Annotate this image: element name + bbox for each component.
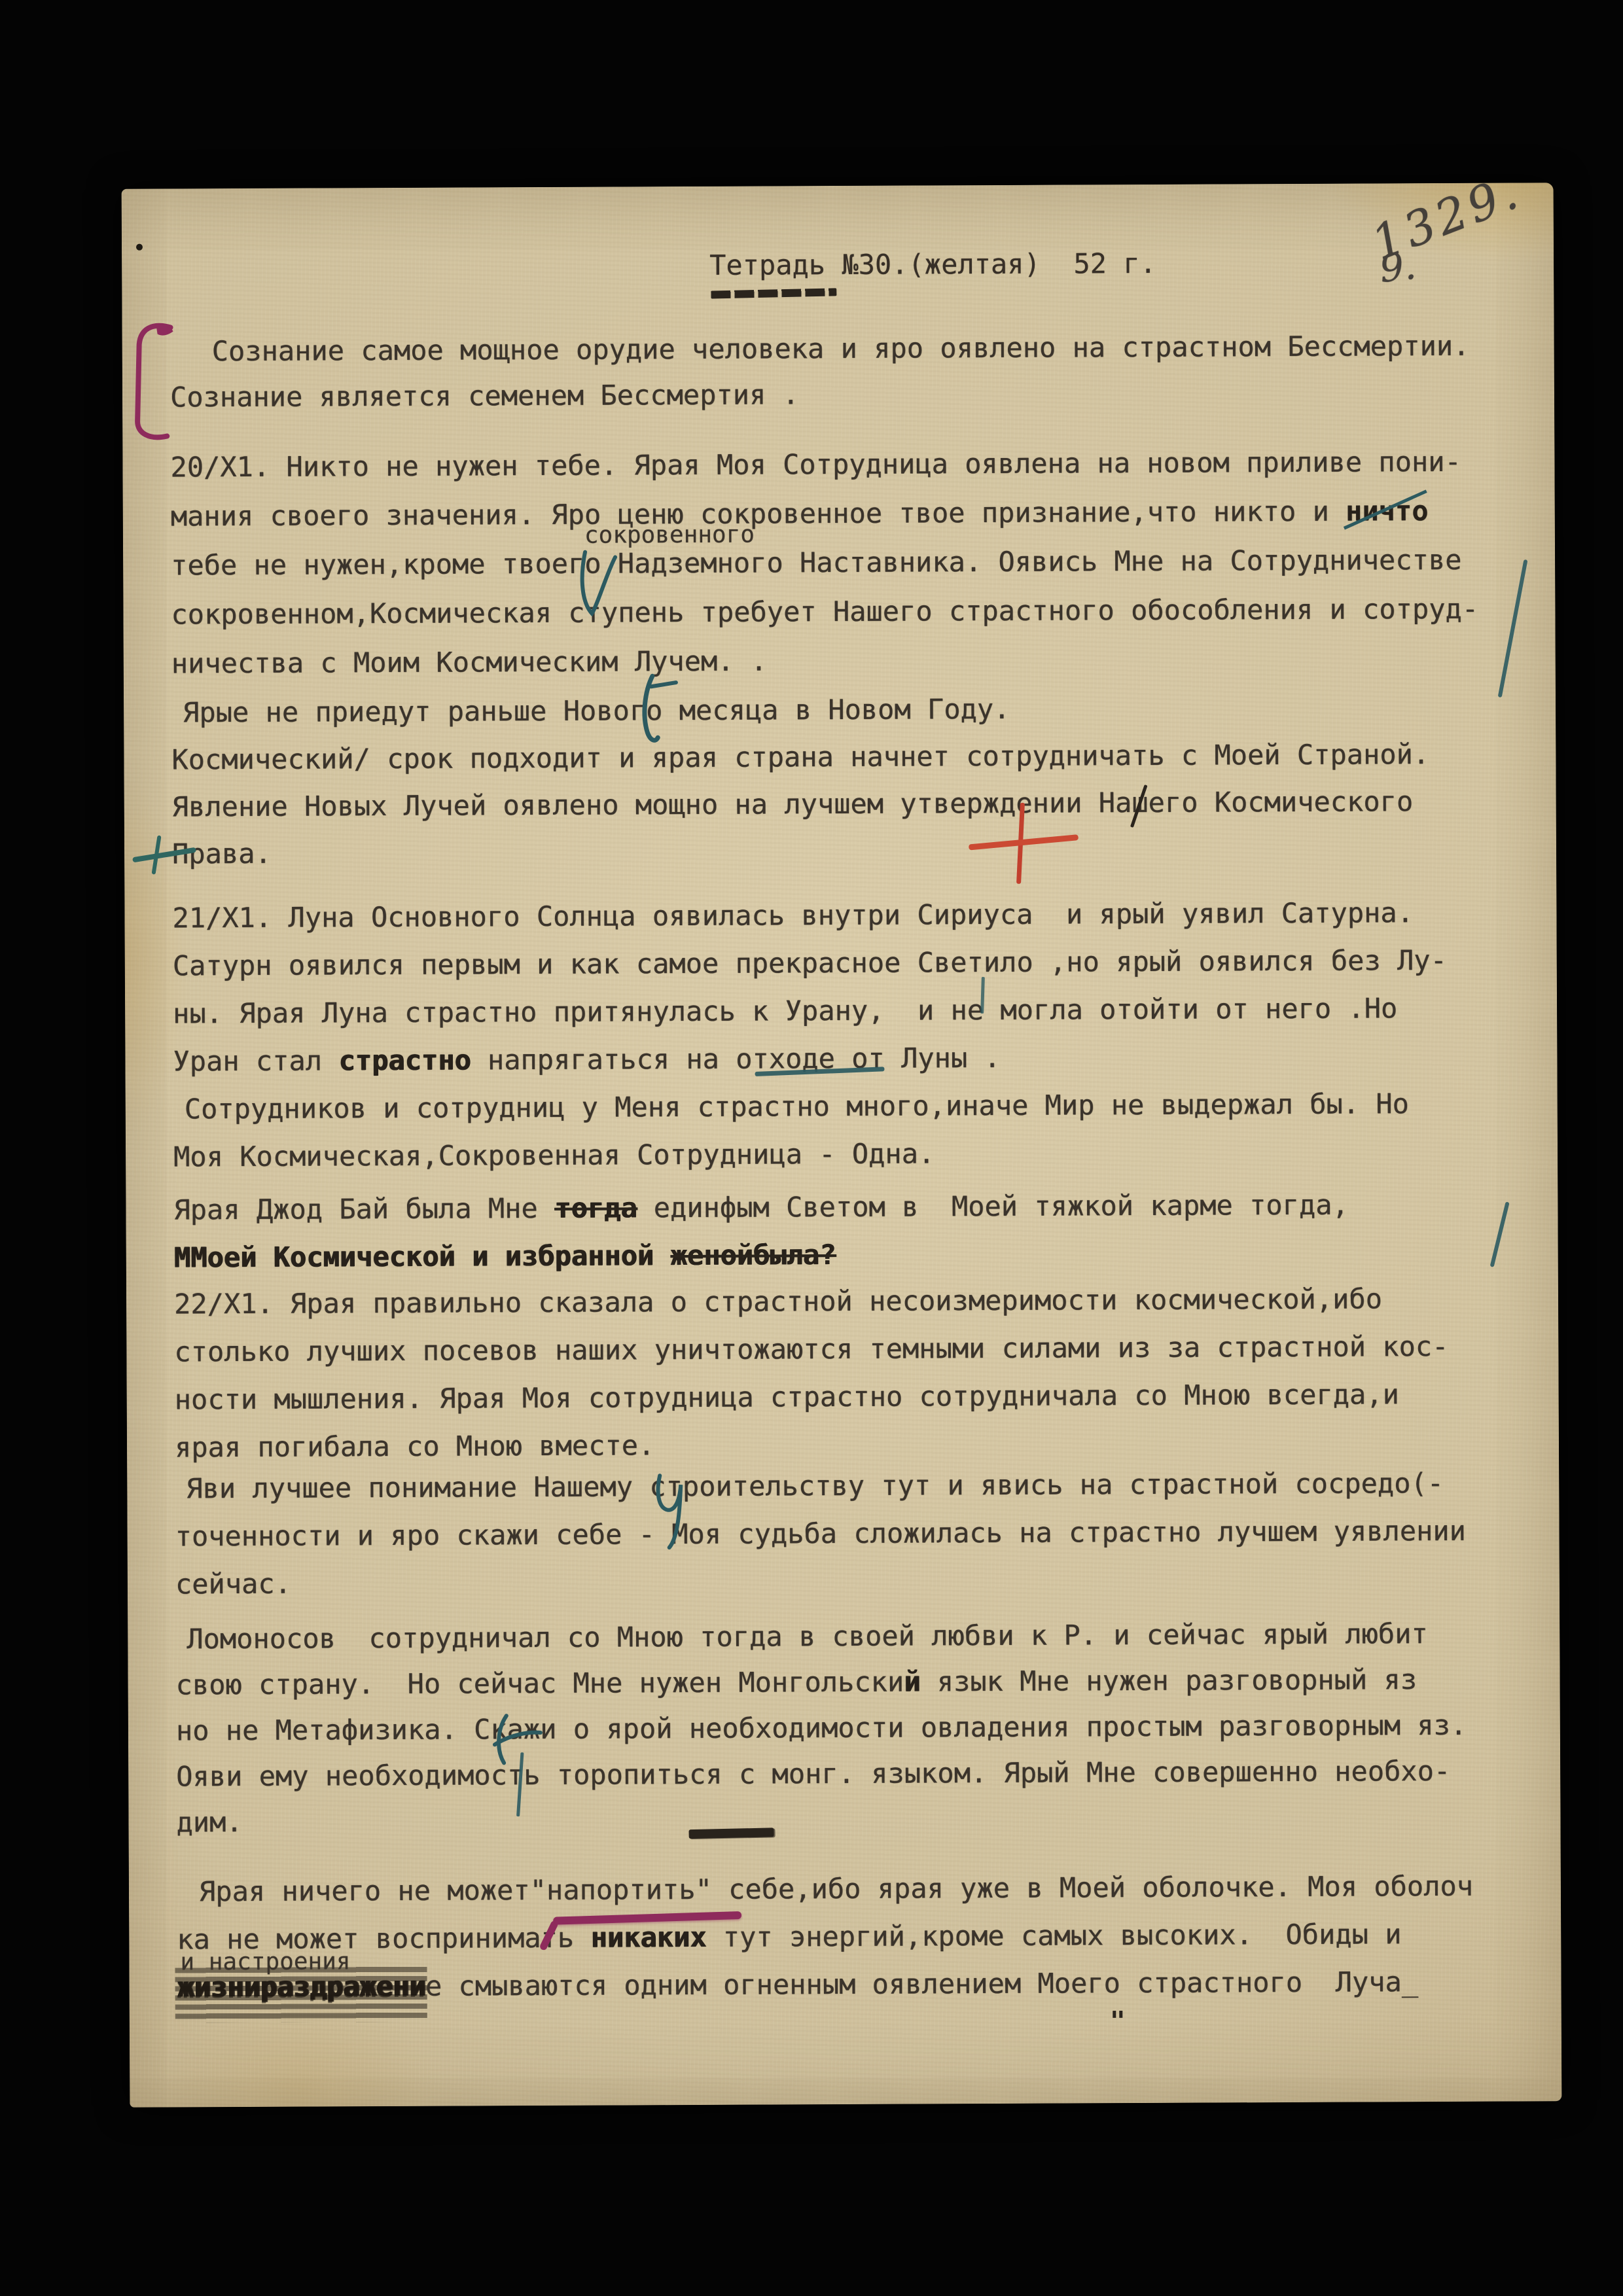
text-segment: свою страну. Но сейчас Мне нужен Монголь… [175, 1666, 904, 1701]
text-segment: язык Мне нужен разговорный яз [920, 1663, 1417, 1697]
paragraph-intro: Сознание самое мощное орудие человека и … [170, 332, 1552, 338]
text-line: Сознание самое мощное орудие человека и … [212, 332, 1552, 338]
paragraph-naportit: Ярая ничего не может"напортить" себе,ибо… [177, 1872, 1559, 1878]
paragraph-dzhod-bai: Ярая Джод Бай была Мне тогда единфым Све… [173, 1190, 1556, 1196]
teal-correction-mark-novogo [635, 672, 683, 748]
paragraph-20-x1: 20/X1. Никто не нужен тебе. Ярая Моя Сот… [170, 448, 1552, 453]
text-line: 22/X1. Ярая правильно сказала о страстно… [174, 1284, 1556, 1290]
text-line: Ломоносов сотрудничал со Мною тогда в св… [187, 1619, 1558, 1625]
text-line: Явление Новых Лучей оявлено мощно на луч… [172, 787, 1554, 793]
title-underline-dashes [711, 288, 836, 298]
teal-mark-skazhi [487, 1709, 546, 1769]
text-line: Моя Космическая,Сокровенная Сотрудница -… [173, 1137, 1556, 1143]
text-line: Сознание является семенем Бессмертия . [170, 378, 1552, 383]
text-line: ности мышления. Ярая Моя сотрудница стра… [175, 1380, 1557, 1386]
teal-margin-slash [1498, 559, 1528, 698]
overtyped-word: страстно [338, 1044, 471, 1076]
text-line: мания своего значения. Яро ценю сокровен… [171, 497, 1553, 503]
text-line: Ярая ничего не может"напортить" себе,ибо… [199, 1872, 1559, 1878]
text-line: тебе не нужен,кроме твоего Надземного На… [171, 546, 1553, 552]
text-segment: Ярая Джод Бай была Мне [173, 1192, 554, 1226]
handwritten-page-number: 9. [1378, 243, 1418, 291]
text-line: сокровенном,Космическая ступень требует … [171, 595, 1553, 601]
text-line: Ярая Джод Бай была Мне тогда единфым Све… [173, 1190, 1556, 1196]
text-line: ны. Ярая Луна страстно притянулась к Ура… [173, 994, 1555, 1000]
overstruck-word: тогда [554, 1192, 637, 1224]
text-line: свою страну. Но сейчас Мне нужен Монголь… [176, 1665, 1558, 1671]
text-segment: Уран стал [173, 1044, 338, 1077]
text-line: Ояви ему необходимость торопиться с монг… [176, 1757, 1558, 1763]
text-line: ничества с Моим Космическим Лучем. . [171, 644, 1554, 650]
struck-word: ничто [1346, 495, 1429, 527]
document-page: Тетрадь №30.(желтая) 52 г. 1329. 9. Созн… [122, 183, 1562, 2108]
overtyped-segment: ММоей Космической и избранной [174, 1239, 671, 1273]
text-line: но не Метафизика. Скажи о ярой необходим… [176, 1711, 1558, 1717]
paragraph-yavi: Яви лучшее понимание Нашему строительств… [175, 1469, 1557, 1475]
text-line: сейчас. [175, 1564, 1558, 1570]
text-line: точенности и яро скажи себе - Моя судьба… [175, 1517, 1558, 1523]
overstruck-word: женойбыла? [670, 1239, 836, 1271]
paragraph-21-x1: 21/X1. Луна Основного Солнца оявилась вн… [172, 898, 1554, 904]
text-line: ка не может воспринимать никаких тут эне… [177, 1920, 1559, 1926]
text-segment: единфым Светом в Моей тяжкой карме тогда… [637, 1189, 1349, 1224]
screenshot-root: { "colors": { "paper": "#d5c7a3", "type_… [0, 0, 1623, 2296]
text-line: ярая погибала со Мною вместе. [175, 1428, 1557, 1434]
text-line: Уран стал страстно напрягаться на отходе… [173, 1042, 1555, 1048]
teal-correction-nashemu [651, 1470, 693, 1551]
text-line: Сотрудников и сотрудниц у Меня страстно … [185, 1089, 1556, 1095]
paragraph-lomonosov: Ломоносов сотрудничал со Мною тогда в св… [175, 1619, 1558, 1625]
typed-quote-under-moego: " [1110, 2006, 1126, 2036]
interline-insertion: сокровенного [584, 521, 755, 549]
typed-separator-dash [688, 1828, 774, 1839]
text-line: дим. [176, 1803, 1558, 1809]
text-line: Сатурн оявился первым и как самое прекра… [173, 946, 1555, 952]
text-segment: мания своего значения. Яро ценю сокровен… [171, 495, 1346, 533]
text-line: Права. [172, 834, 1554, 840]
magenta-margin-bracket [130, 321, 176, 451]
teal-caret-mark [575, 548, 620, 618]
text-line: 21/X1. Луна Основного Солнца оявилась вн… [172, 898, 1554, 904]
teal-slash-after-karma [1490, 1201, 1510, 1267]
text-line: жизнираздражение смываются одним огненны… [177, 1968, 1560, 1973]
text-line: столько лучших посевов наших уничтожаютс… [174, 1332, 1556, 1338]
text-line: Космический/ срок подходит и ярая страна… [171, 740, 1554, 746]
text-segment: напрягаться на отходе от Луны . [471, 1042, 1000, 1076]
notebook-title: Тетрадь №30.(желтая) 52 г. [709, 247, 1156, 281]
red-cross-mark-horizontal [969, 834, 1079, 850]
text-line: ММоей Космической и избранной женойбыла? [174, 1238, 1556, 1244]
ink-speck [136, 244, 143, 251]
text-line: 20/X1. Никто не нужен тебе. Ярая Моя Сот… [170, 448, 1552, 453]
text-segment: тут энергий,кроме самых высоких. Обиды и [706, 1918, 1401, 1953]
paragraph-cosmic-term: Ярые не приедут раньше Нового месяца в Н… [171, 693, 1554, 699]
text-segment: е смываются одним огненным оявлением Мое… [425, 1966, 1418, 2002]
text-line: Яви лучшее понимание Нашему строительств… [186, 1469, 1557, 1475]
overtyped-word: никаких [590, 1921, 706, 1954]
typed-insertion-nastroeniya: и настроения [180, 1948, 350, 1975]
paragraph-22-x1: 22/X1. Ярая правильно сказала о страстно… [174, 1284, 1556, 1290]
text-line: Ярые не приедут раньше Нового месяца в Н… [183, 693, 1554, 699]
overtyped-letter: й [904, 1665, 921, 1697]
